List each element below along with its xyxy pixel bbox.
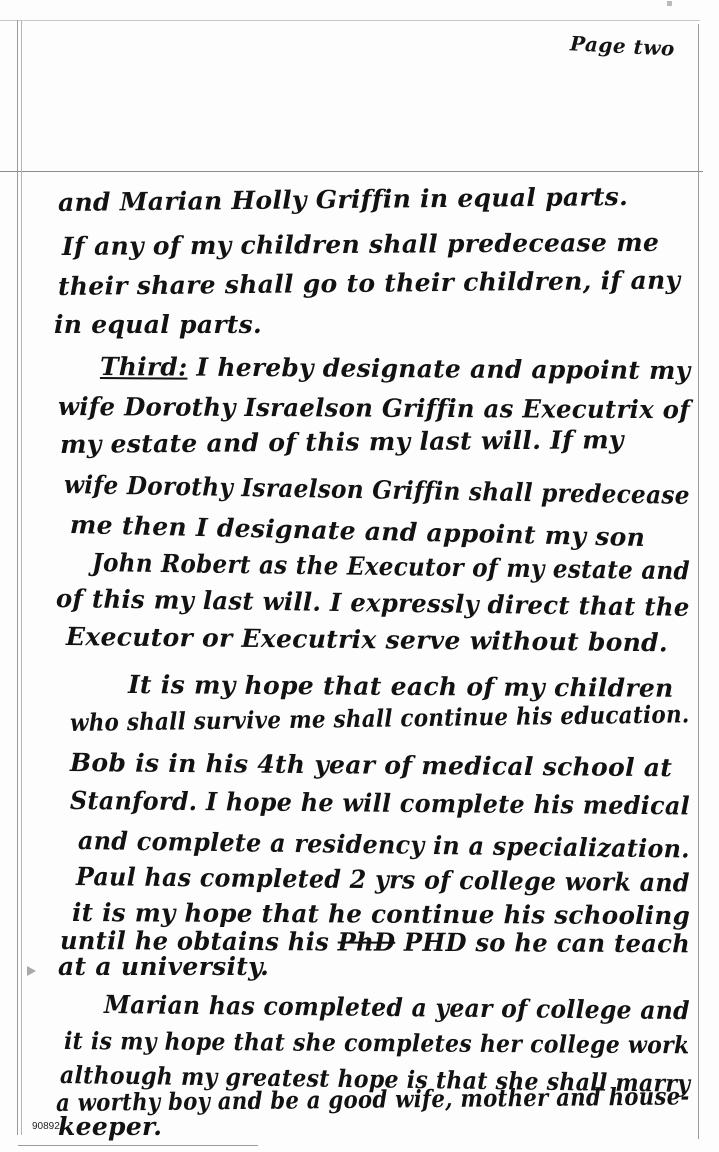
text-fragment: PHD so he can teach xyxy=(395,928,690,959)
text-line: it is my hope that he continue his schoo… xyxy=(72,898,690,930)
section-heading: Third: xyxy=(100,352,188,382)
text-line: it is my hope that she completes her col… xyxy=(64,1026,690,1059)
handwritten-body: and Marian Holly Griffin in equal parts.… xyxy=(0,0,719,1152)
text-line: and Marian Holly Griffin in equal parts. xyxy=(58,182,628,217)
text-line: Marian has completed a year of college a… xyxy=(104,990,690,1025)
text-line: It is my hope that each of my children xyxy=(128,670,674,703)
text-fragment: I hereby designate and appoint my xyxy=(187,353,690,386)
text-line: If any of my children shall predecease m… xyxy=(62,228,659,261)
text-line: wife Dorothy Israelson Griffin as Execut… xyxy=(58,392,690,424)
text-line: wife Dorothy Israelson Griffin shall pre… xyxy=(64,470,690,510)
text-line-third: Third: I hereby designate and appoint my xyxy=(100,352,691,385)
text-line: Paul has completed 2 yrs of college work… xyxy=(76,862,690,897)
text-line: Executor or Executrix serve without bond… xyxy=(66,622,668,657)
text-line: at a university. xyxy=(58,952,269,981)
text-line: my estate and of this my last will. If m… xyxy=(60,425,624,459)
text-line: who shall survive me shall continue his … xyxy=(70,699,690,737)
scanned-page: Page two and Marian Holly Griffin in equ… xyxy=(0,0,719,1152)
text-line: me then I designate and appoint my son xyxy=(70,510,646,552)
struck-word: PhD xyxy=(338,927,396,956)
text-line: keeper. xyxy=(58,1112,162,1141)
text-line: Bob is in his 4th year of medical school… xyxy=(70,748,672,782)
text-line: John Robert as the Executor of my estate… xyxy=(92,548,690,585)
text-line: their share shall go to their children, … xyxy=(58,265,681,301)
document-id: 90892 xyxy=(32,1121,60,1132)
text-line: of this my last will. I expressly direct… xyxy=(56,584,690,622)
text-line: in equal parts. xyxy=(54,310,262,339)
text-line: and complete a residency in a specializa… xyxy=(78,826,690,864)
text-line: Stanford. I hope he will complete his me… xyxy=(70,786,690,820)
